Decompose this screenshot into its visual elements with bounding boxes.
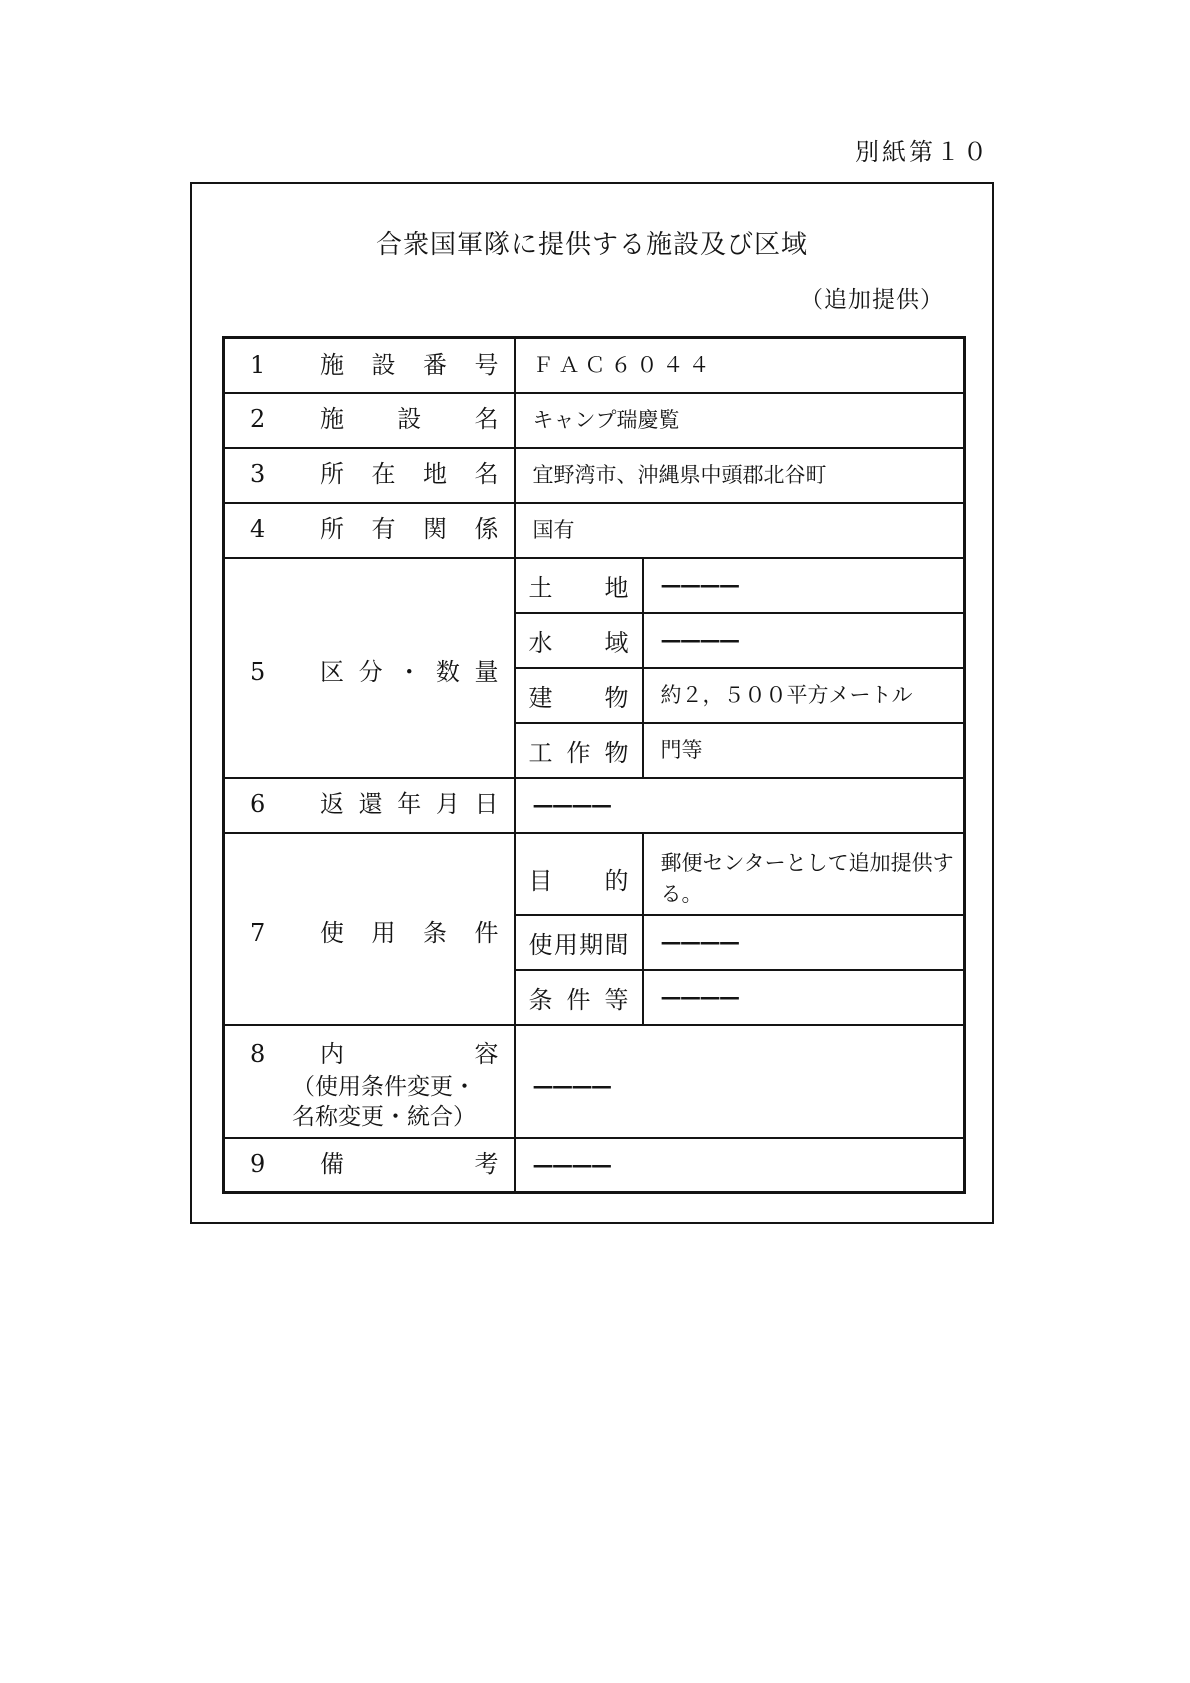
return-date-dash: ———— [533,792,611,817]
category-label: 区分・数量 [320,657,499,688]
period-value-dash: ———— [661,929,739,954]
document-frame: 合衆国軍隊に提供する施設及び区域 （追加提供） 1施設番号 ＦＡＣ６０４４ 2施… [190,182,994,1224]
row-use-purpose: 7使用条件 目的 郵便センターとして追加提供す る。 [224,833,965,915]
ownership-label-cell: 4所有関係 [224,503,515,558]
terms-label-cell: 条件等 [515,970,643,1025]
period-value-cell: ———— [643,915,965,970]
purpose-value-cell: 郵便センターとして追加提供す る。 [643,833,965,915]
ownership-value: 国有 [517,515,963,545]
row-remarks: 9備考 ———— [224,1138,965,1193]
contents-label: 内容 [320,1039,499,1070]
purpose-value: 郵便センターとして追加提供す る。 [645,848,963,909]
category-no: 5 [226,657,320,688]
structure-label-cell: 工作物 [515,723,643,778]
facility-name-value-cell: キャンプ瑞慶覧 [515,393,965,448]
use-conditions-label: 使用条件 [320,918,499,949]
use-conditions-no: 7 [226,918,320,949]
return-date-label-cell: 6返還年月日 [224,778,515,833]
facility-number-value: ＦＡＣ６０４４ [517,350,963,380]
period-label: 使用期間 [517,925,641,960]
terms-value-dash: ———— [661,984,739,1009]
building-value-cell: 約２，５００平方メートル [643,668,965,723]
purpose-label: 目的 [517,861,641,896]
terms-label: 条件等 [517,980,641,1015]
terms-value-cell: ———— [643,970,965,1025]
facility-number-value-cell: ＦＡＣ６０４４ [515,338,965,393]
water-label: 水域 [517,623,641,658]
contents-label-cell: 8内容 （使用条件変更・ 名称変更・統合） [224,1025,515,1138]
structure-value-cell: 門等 [643,723,965,778]
contents-value-cell: ———— [515,1025,965,1138]
return-date-value-cell: ———— [515,778,965,833]
land-value-dash: ———— [661,572,739,597]
building-label-cell: 建物 [515,668,643,723]
provision-note: （追加提供） [192,281,992,314]
remarks-value-dash: ———— [533,1152,611,1177]
remarks-value-cell: ———— [515,1138,965,1193]
document-title: 合衆国軍隊に提供する施設及び区域 [192,224,992,261]
row-contents: 8内容 （使用条件変更・ 名称変更・統合） ———— [224,1025,965,1138]
use-conditions-label-cell: 7使用条件 [224,833,515,1025]
contents-no: 8 [226,1039,320,1070]
row-ownership: 4所有関係 国有 [224,503,965,558]
ownership-value-cell: 国有 [515,503,965,558]
facility-name-label-cell: 2施設名 [224,393,515,448]
purpose-label-cell: 目的 [515,833,643,915]
water-label-cell: 水域 [515,613,643,668]
facility-name-label: 施設名 [320,404,499,435]
land-label-cell: 土地 [515,558,643,613]
location-value-cell: 宜野湾市、沖縄県中頭郡北谷町 [515,448,965,503]
building-value: 約２，５００平方メートル [645,680,963,710]
water-value-cell: ———— [643,613,965,668]
remarks-label-cell: 9備考 [224,1138,515,1193]
contents-sublabel: （使用条件変更・ 名称変更・統合） [226,1073,513,1133]
facilities-table: 1施設番号 ＦＡＣ６０４４ 2施設名 キャンプ瑞慶覧 3所在地名 [222,336,966,1194]
category-label-cell: 5区分・数量 [224,558,515,778]
return-date-label: 返還年月日 [320,789,499,820]
facility-number-no: 1 [226,350,320,381]
return-date-no: 6 [226,789,320,820]
attachment-label: 別紙第１０ [190,132,994,167]
facility-number-label-cell: 1施設番号 [224,338,515,393]
location-label: 所在地名 [320,459,499,490]
row-location: 3所在地名 宜野湾市、沖縄県中頭郡北谷町 [224,448,965,503]
row-return-date: 6返還年月日 ———— [224,778,965,833]
row-facility-name: 2施設名 キャンプ瑞慶覧 [224,393,965,448]
location-value: 宜野湾市、沖縄県中頭郡北谷町 [517,460,963,490]
structure-value: 門等 [645,735,963,765]
location-label-cell: 3所在地名 [224,448,515,503]
water-value-dash: ———— [661,627,739,652]
facility-name-no: 2 [226,404,320,435]
structure-label: 工作物 [517,733,641,768]
location-no: 3 [226,459,320,490]
remarks-label: 備考 [320,1149,499,1180]
ownership-label: 所有関係 [320,514,499,545]
facility-name-value: キャンプ瑞慶覧 [517,405,963,435]
row-category-land: 5区分・数量 土地 ———— [224,558,965,613]
row-facility-number: 1施設番号 ＦＡＣ６０４４ [224,338,965,393]
ownership-no: 4 [226,514,320,545]
land-value-cell: ———— [643,558,965,613]
period-label-cell: 使用期間 [515,915,643,970]
land-label: 土地 [517,568,641,603]
building-label: 建物 [517,678,641,713]
remarks-no: 9 [226,1149,320,1180]
contents-value-dash: ———— [533,1073,611,1098]
facility-number-label: 施設番号 [320,350,499,381]
